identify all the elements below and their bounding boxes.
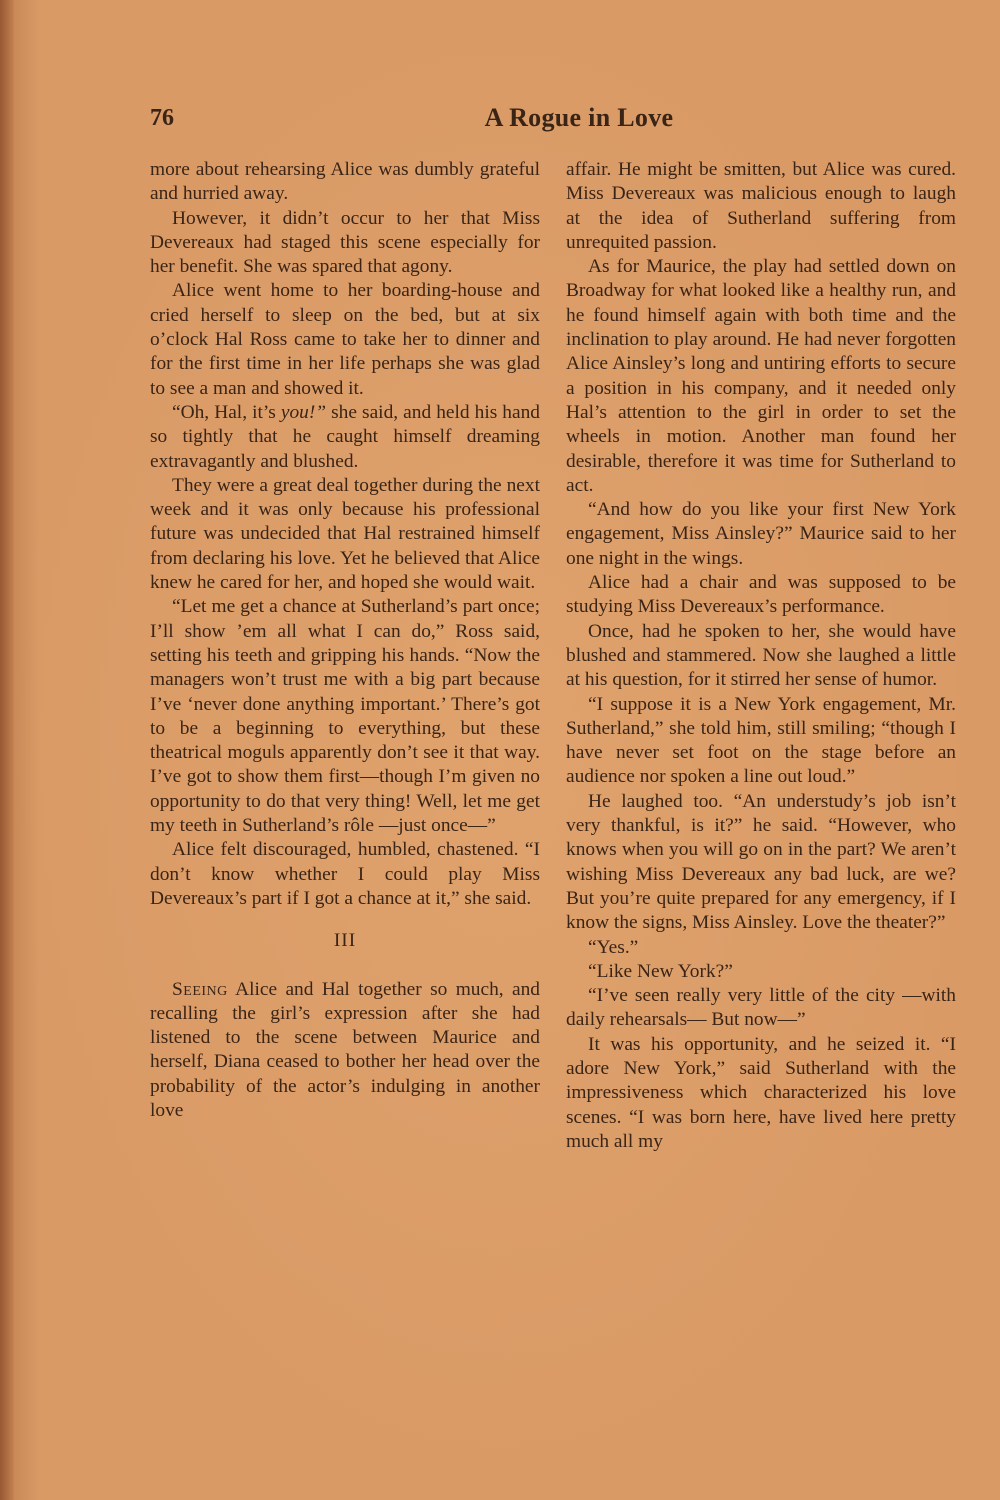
paragraph: Alice went home to her boarding-house an… — [150, 279, 540, 400]
paragraph: Once, had he spoken to her, she would ha… — [566, 620, 956, 693]
italic-text: you!” — [281, 402, 326, 423]
paragraph: Alice had a chair and was supposed to be… — [566, 571, 956, 620]
paragraph: As for Maurice, the play had settled dow… — [566, 255, 956, 498]
paragraph: affair. He might be smitten, but Alice w… — [566, 158, 956, 255]
paragraph: more about rehearsing Alice was dumbly g… — [150, 158, 540, 207]
paragraph: Alice felt discouraged, humbled, chasten… — [150, 838, 540, 911]
paragraph: However, it didn’t occur to her that Mis… — [150, 207, 540, 280]
paragraph: He laughed too. “An understudy’s job isn… — [566, 790, 956, 936]
running-title: A Rogue in Love — [150, 103, 958, 133]
book-binding-edge — [0, 0, 14, 1500]
paragraph: “Yes.” — [566, 936, 956, 960]
paragraph: They were a great deal together during t… — [150, 474, 540, 595]
section-opening-paragraph: Seeing Alice and Hal together so much, a… — [150, 978, 540, 1124]
paragraph: It was his opportunity, and he seized it… — [566, 1033, 956, 1154]
paragraph: “Let me get a chance at Sutherland’s par… — [150, 595, 540, 838]
page-header: 76 A Rogue in Love — [150, 103, 958, 143]
paragraph: “Oh, Hal, it’s you!” she said, and held … — [150, 401, 540, 474]
smallcaps-lead: Seeing — [172, 979, 228, 1000]
paragraph: “I’ve seen really very little of the cit… — [566, 984, 956, 1033]
text-span: “Oh, Hal, it’s — [172, 402, 281, 423]
left-column: more about rehearsing Alice was dumbly g… — [150, 158, 540, 1123]
section-heading: III — [150, 929, 540, 953]
right-column: affair. He might be smitten, but Alice w… — [566, 158, 956, 1154]
paragraph: “Like New York?” — [566, 960, 956, 984]
paragraph: “I suppose it is a New York engagement, … — [566, 693, 956, 790]
paragraph: “And how do you like your first New York… — [566, 498, 956, 571]
